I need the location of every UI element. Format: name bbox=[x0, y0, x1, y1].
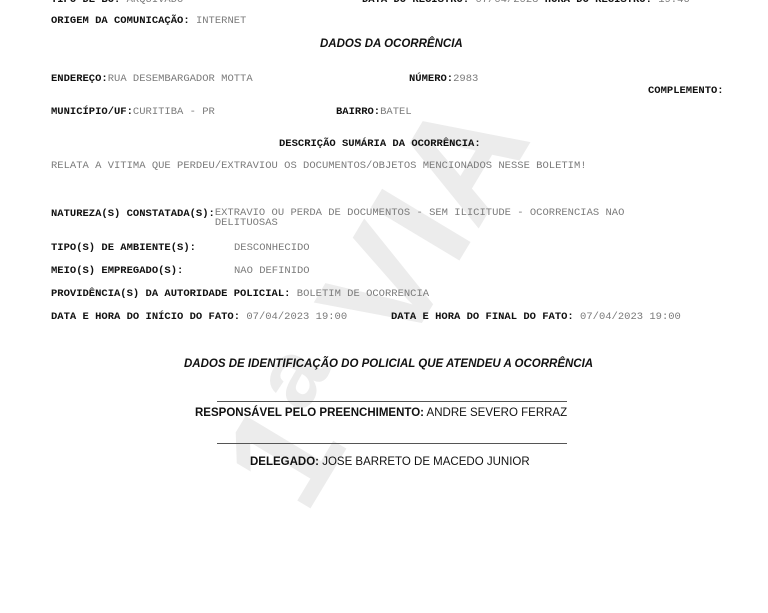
bairro-value: BATEL bbox=[380, 106, 412, 118]
providencia-value: BOLETIM DE OCORRENCIA bbox=[297, 288, 429, 300]
data-registro-label: DATA DO REGISTRO: bbox=[362, 0, 469, 6]
tipo-bo-field: TIPO DE BO: ARQUIVADO bbox=[51, 0, 183, 6]
natureza-value: EXTRAVIO OU PERDA DE DOCUMENTOS - SEM IL… bbox=[215, 208, 685, 228]
municipio-label: MUNICÍPIO/UF: bbox=[51, 106, 133, 118]
meio-label: MEIO(S) EMPREGADO(S): bbox=[51, 265, 234, 277]
final-fato-field: DATA E HORA DO FINAL DO FATO: 07/04/2023… bbox=[391, 311, 681, 323]
municipio-field: MUNICÍPIO/UF:CURITIBA - PR bbox=[51, 106, 215, 118]
section-title-ocorrencia: DADOS DA OCORRÊNCIA bbox=[320, 38, 463, 50]
delegado-value: JOSE BARRETO DE MACEDO JUNIOR bbox=[322, 456, 529, 468]
final-fato-value: 07/04/2023 19:00 bbox=[580, 311, 681, 323]
tipo-bo-value: ARQUIVADO bbox=[127, 0, 184, 6]
descricao-text: RELATA A VITIMA QUE PERDEU/EXTRAVIOU OS … bbox=[51, 160, 587, 172]
hora-registro-label: HORA DO REGISTRO: bbox=[545, 0, 652, 6]
tipo-bo-label: TIPO DE BO: bbox=[51, 0, 120, 6]
natureza-field: NATUREZA(S) CONSTATADA(S):EXTRAVIO OU PE… bbox=[51, 208, 685, 228]
section-title-policial: DADOS DE IDENTIFICAÇÃO DO POLICIAL QUE A… bbox=[184, 358, 593, 370]
registro-field: DATA DO REGISTRO: 07/04/2023 HORA DO REG… bbox=[362, 0, 690, 6]
natureza-label: NATUREZA(S) CONSTATADA(S): bbox=[51, 208, 215, 220]
meio-value: NAO DEFINIDO bbox=[234, 265, 310, 277]
ambiente-field: TIPO(S) DE AMBIENTE(S):DESCONHECIDO bbox=[51, 242, 310, 254]
hora-registro-value: 19:46 bbox=[658, 0, 690, 6]
origem-value: INTERNET bbox=[196, 15, 246, 27]
meio-field: MEIO(S) EMPREGADO(S):NAO DEFINIDO bbox=[51, 265, 310, 277]
complemento-field: COMPLEMENTO: bbox=[648, 85, 724, 97]
numero-value: 2983 bbox=[453, 73, 478, 85]
responsavel-label: RESPONSÁVEL PELO PREENCHIMENTO: bbox=[195, 407, 424, 419]
signature-line-responsavel bbox=[217, 401, 567, 402]
providencia-label: PROVIDÊNCIA(S) DA AUTORIDADE POLICIAL: bbox=[51, 288, 290, 300]
responsavel-field: RESPONSÁVEL PELO PREENCHIMENTO: ANDRE SE… bbox=[195, 407, 567, 419]
signature-line-delegado bbox=[217, 443, 567, 444]
bairro-field: BAIRRO:BATEL bbox=[336, 106, 412, 118]
endereco-value: RUA DESEMBARGADOR MOTTA bbox=[108, 73, 253, 85]
origem-label: ORIGEM DA COMUNICAÇÃO: bbox=[51, 15, 190, 27]
inicio-fato-label: DATA E HORA DO INÍCIO DO FATO: bbox=[51, 311, 240, 323]
endereco-label: ENDEREÇO: bbox=[51, 73, 108, 85]
final-fato-label: DATA E HORA DO FINAL DO FATO: bbox=[391, 311, 574, 323]
complemento-label: COMPLEMENTO: bbox=[648, 85, 724, 97]
numero-label: NÚMERO: bbox=[409, 73, 453, 85]
ambiente-value: DESCONHECIDO bbox=[234, 242, 310, 254]
descricao-title: DESCRIÇÃO SUMÁRIA DA OCORRÊNCIA: bbox=[279, 138, 481, 150]
providencia-field: PROVIDÊNCIA(S) DA AUTORIDADE POLICIAL: B… bbox=[51, 288, 429, 300]
inicio-fato-field: DATA E HORA DO INÍCIO DO FATO: 07/04/202… bbox=[51, 311, 347, 323]
endereco-field: ENDEREÇO:RUA DESEMBARGADOR MOTTA bbox=[51, 73, 253, 85]
delegado-label: DELEGADO: bbox=[250, 456, 319, 468]
ambiente-label: TIPO(S) DE AMBIENTE(S): bbox=[51, 242, 234, 254]
municipio-value: CURITIBA - PR bbox=[133, 106, 215, 118]
responsavel-value: ANDRE SEVERO FERRAZ bbox=[427, 407, 568, 419]
delegado-field: DELEGADO: JOSE BARRETO DE MACEDO JUNIOR bbox=[250, 456, 530, 468]
origem-field: ORIGEM DA COMUNICAÇÃO: INTERNET bbox=[51, 15, 246, 27]
data-registro-value: 07/04/2023 bbox=[475, 0, 538, 6]
numero-field: NÚMERO:2983 bbox=[409, 73, 478, 85]
inicio-fato-value: 07/04/2023 19:00 bbox=[246, 311, 347, 323]
bairro-label: BAIRRO: bbox=[336, 106, 380, 118]
